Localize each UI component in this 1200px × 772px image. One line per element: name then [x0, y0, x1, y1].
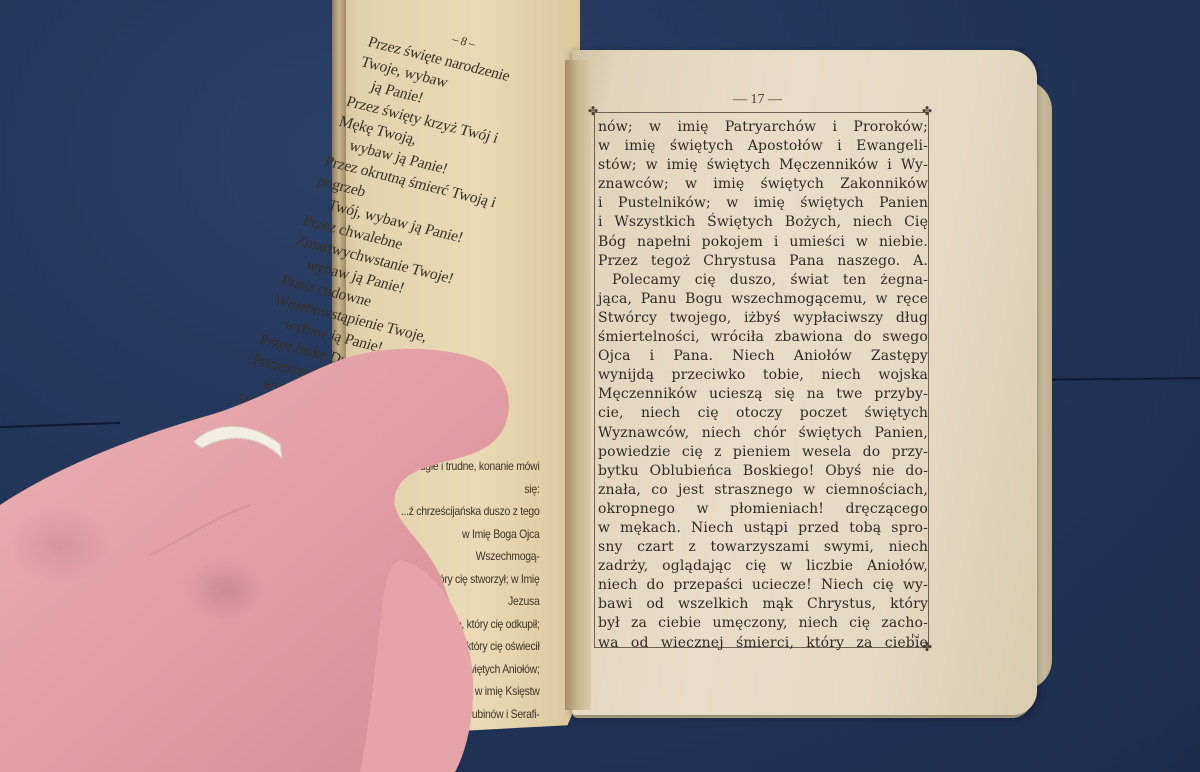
- right-line: nów; w imię Patryarchów i Proroków;: [598, 118, 928, 137]
- book-gutter: [565, 60, 591, 710]
- right-line: w imię świętych Apostołów i Ewangeli-: [598, 137, 928, 156]
- right-line: niech do przepaści uciecze! Niech cię wy…: [598, 576, 928, 595]
- right-line: śmiertelności, wróciła zbawiona do swego: [598, 328, 928, 347]
- right-line: Stwórcy twojego, iżbyś wypłaciwszy dług: [598, 309, 928, 328]
- right-line: i Pustelników; w imię świętych Panien: [598, 194, 928, 213]
- right-line: Męczenników ucieszą się na twe przyby-: [598, 385, 928, 404]
- right-line: i Wszystkich Świętych Bożych, niech Cię: [598, 213, 928, 232]
- right-line: cie, niech cię otoczy poczet świętych: [598, 404, 928, 423]
- right-line: znawców; w imię świętych Zakonników: [598, 175, 928, 194]
- right-line: sny czart z towarzyszami swymi, niech: [598, 538, 928, 557]
- right-line: okropnego w płomieniach! dręczącego: [598, 500, 928, 519]
- right-page-text: nów; w imię Patryarchów i Proroków; w im…: [598, 118, 928, 653]
- right-line: jąca, Panu Bogu wszechmogącemu, w ręce: [598, 290, 928, 309]
- right-line: w mękach. Niech ustąpi przed tobą spro-: [598, 519, 928, 538]
- right-page-number: — 17 —: [733, 92, 782, 108]
- right-line: zadrży, oglądając cię w liczbie Aniołów,: [598, 557, 928, 576]
- right-line: Przez tegoż Chrystusa Pana naszego. A.: [598, 252, 928, 271]
- ring: [190, 414, 290, 464]
- frame-ornament-icon: ✤: [588, 104, 598, 118]
- hand: [0, 345, 520, 772]
- frame-ornament-icon: ✤: [922, 104, 932, 118]
- right-line: wa od wiecznej śmierci, który za ciebie: [598, 634, 928, 653]
- right-line: Bóg napełni pokojem i umieści w niebie.: [598, 233, 928, 252]
- right-line: bawi od wszelkich mąk Chrystus, który: [598, 595, 928, 614]
- right-line: wynijdą przeciwko tobie, niech wojska: [598, 366, 928, 385]
- right-line: Ojca i Pana. Niech Aniołów Zastępy: [598, 347, 928, 366]
- right-line: Polecamy cię duszo, świat ten żegna-: [598, 271, 928, 290]
- right-line: był za ciebie umęczony, niech cię zacho-: [598, 614, 928, 633]
- right-line: bytku Oblubieńca Boskiego! Obyś nie do-: [598, 462, 928, 481]
- right-line: stów; w imię świętych Męczenników i Wy-: [598, 156, 928, 175]
- right-line: powiedzie cię z pieniem wesela do przy-: [598, 443, 928, 462]
- right-line: Wyznawców, niech chór świętych Panien,: [598, 424, 928, 443]
- right-line: znała, co jest strasznego w ciemnościach…: [598, 481, 928, 500]
- signature-mark: 2: [909, 633, 921, 639]
